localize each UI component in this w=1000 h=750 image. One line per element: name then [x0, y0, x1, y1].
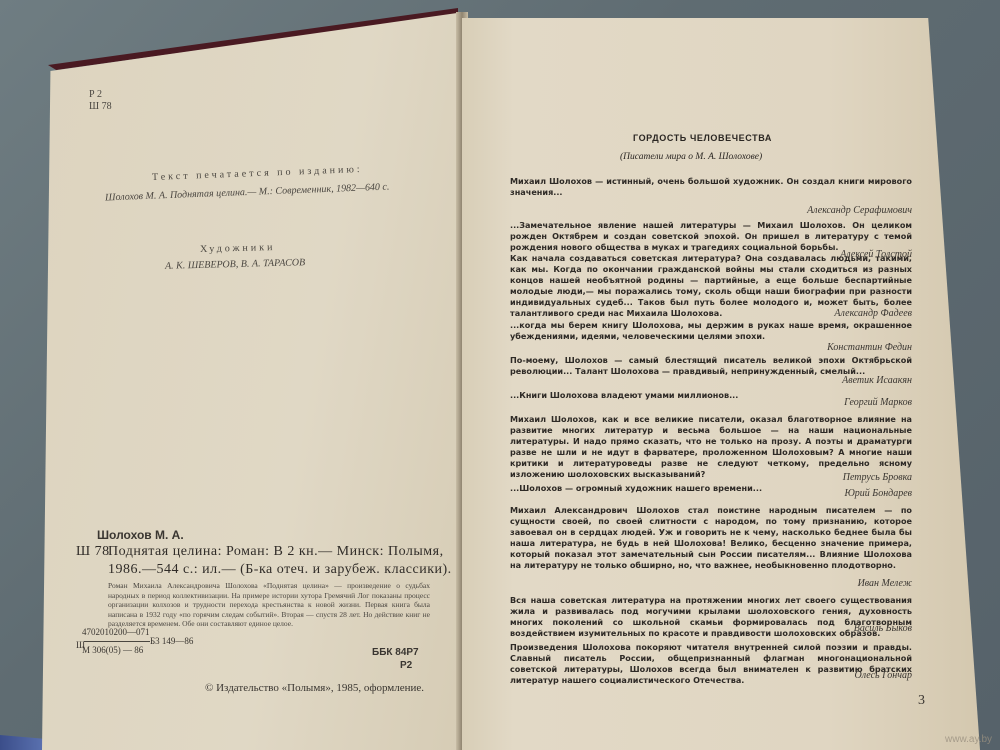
quote-text: По-моему, Шолохов — самый блестящий писа…: [510, 355, 912, 377]
quote-text: Михаил Александрович Шолохов стал поисти…: [510, 505, 912, 571]
fraction-line: [84, 641, 150, 642]
fraction-suffix: Б3 149—86: [150, 636, 193, 646]
catalog-annotation: Роман Михаила Александровича Шолохова «П…: [108, 581, 430, 629]
index-code-bottom: Ш 78: [89, 101, 112, 113]
catalog-line-2: 1986.—544 с.: ил.— (Б-ка отеч. и зарубеж…: [108, 562, 452, 578]
left-page: [42, 12, 464, 750]
quote-author: Георгий Марков: [510, 397, 912, 408]
page-title: ГОРДОСТЬ ЧЕЛОВЕЧЕСТВА: [633, 133, 772, 143]
quote-author: Олесь Гончар: [510, 670, 912, 681]
quote-text: Михаил Шолохов, как и все великие писате…: [510, 414, 912, 480]
page-subtitle: (Писатели мира о М. А. Шолохове): [620, 152, 762, 162]
quote-author: Иван Мележ: [510, 578, 912, 589]
quote-text: ...когда мы берем книгу Шолохова, мы дер…: [510, 320, 912, 342]
bbk-code: ББК 84Р7: [372, 647, 419, 658]
quote-author: Юрий Бондарев: [510, 488, 912, 499]
watermark: www.ay.by: [945, 734, 992, 745]
artists-label: Художники: [200, 242, 276, 256]
catalog-code: Ш 78: [76, 544, 110, 560]
quote-author: Александр Фадеев: [510, 308, 912, 319]
copyright-notice: © Издательство «Полымя», 1985, оформлени…: [205, 682, 424, 694]
quote-author: Василь Быков: [510, 623, 912, 634]
quote-author: Аветик Исаакян: [510, 375, 912, 386]
page-number: 3: [918, 693, 925, 709]
quote-author: Константин Федин: [510, 342, 912, 353]
catalog-line-1: Поднятая целина: Роман: В 2 кн.— Минск: …: [108, 544, 444, 560]
bbk-sub: Р2: [400, 660, 412, 671]
quote-author: Александр Серафимович: [510, 205, 912, 216]
index-code-top: Р 2: [89, 89, 102, 101]
catalog-author: Шолохов М. А.: [97, 528, 184, 542]
fraction-numerator: 4702010200—071: [82, 627, 150, 637]
quote-text: Михаил Шолохов — истинный, очень большой…: [510, 176, 912, 198]
quote-author: Петрусь Бровка: [510, 472, 912, 483]
fraction-denominator: М 306(05) — 86: [82, 645, 143, 655]
